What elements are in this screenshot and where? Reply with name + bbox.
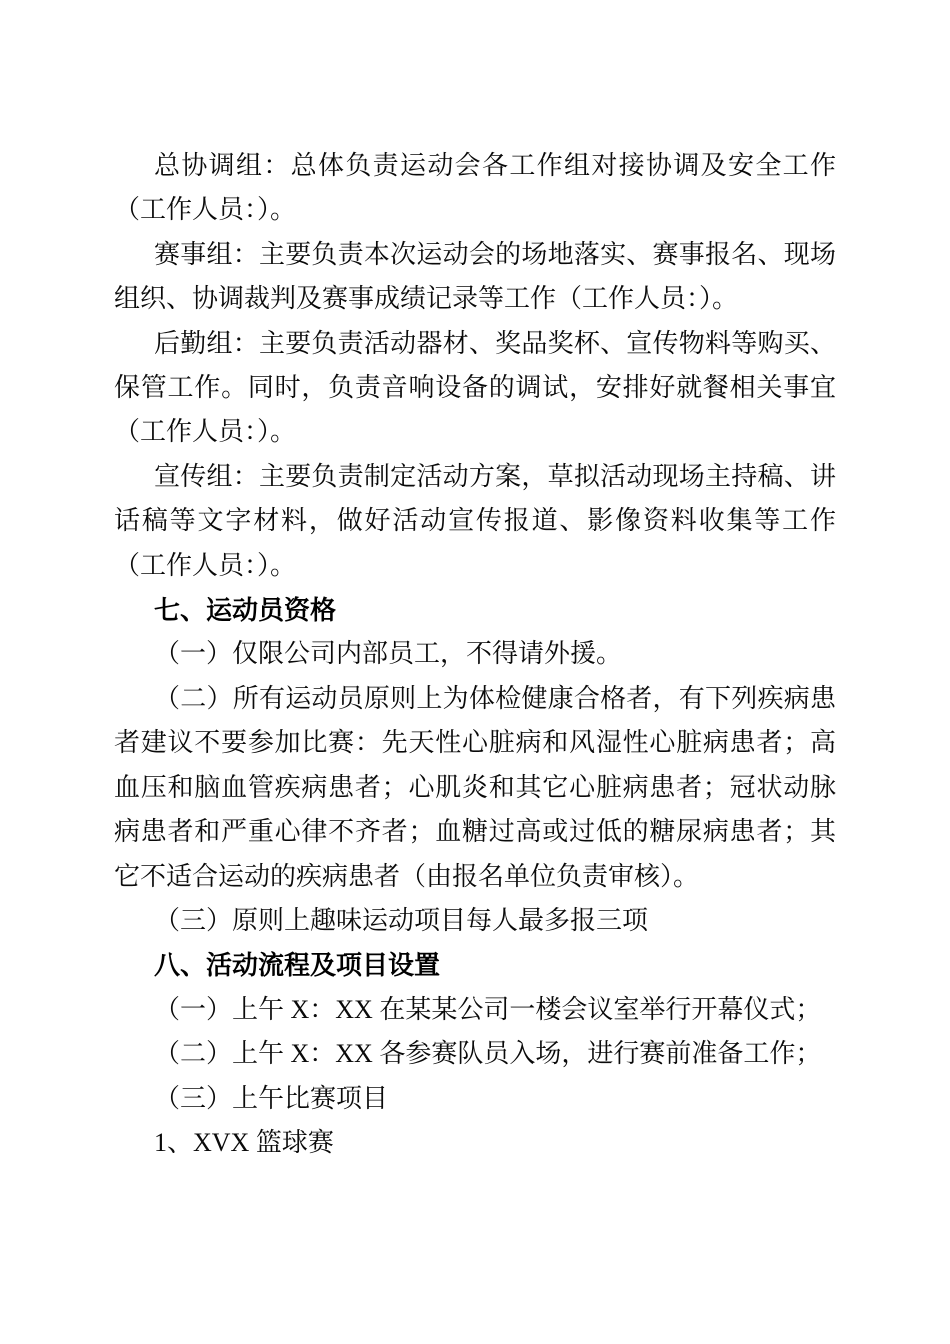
paragraph-competition-group: 赛事组：主要负责本次运动会的场地落实、赛事报名、现场组织、协调裁判及赛事成绩记录… [114,233,836,322]
item-eligibility-health-requirements: （二）所有运动员原则上为体检健康合格者，有下列疾病患者建议不要参加比赛：先天性心… [114,677,836,899]
heading-athlete-eligibility: 七、运动员资格 [114,588,836,632]
item-flow-morning-events: （三）上午比赛项目 [114,1077,836,1121]
item-flow-team-entrance: （二）上午 X：XX 各参赛队员入场，进行赛前准备工作； [114,1032,836,1076]
paragraph-logistics-group: 后勤组：主要负责活动器材、奖品奖杯、宣传物料等购买、保管工作。同时，负责音响设备… [114,322,836,455]
heading-activity-flow: 八、活动流程及项目设置 [114,943,836,987]
document-page: 总协调组：总体负责运动会各工作组对接协调及安全工作（工作人员：）。 赛事组：主要… [0,0,950,1344]
paragraph-coordination-group: 总协调组：总体负责运动会各工作组对接协调及安全工作（工作人员：）。 [114,144,836,233]
item-eligibility-internal-staff: （一）仅限公司内部员工，不得请外援。 [114,632,836,676]
item-flow-opening-ceremony: （一）上午 X：XX 在某某公司一楼会议室举行开幕仪式； [114,988,836,1032]
paragraph-publicity-group: 宣传组：主要负责制定活动方案，草拟活动现场主持稿、讲话稿等文字材料，做好活动宣传… [114,455,836,588]
item-eligibility-max-three-events: （三）原则上趣味运动项目每人最多报三项 [114,899,836,943]
list-item-basketball-match: 1、XVX 篮球赛 [114,1121,836,1165]
